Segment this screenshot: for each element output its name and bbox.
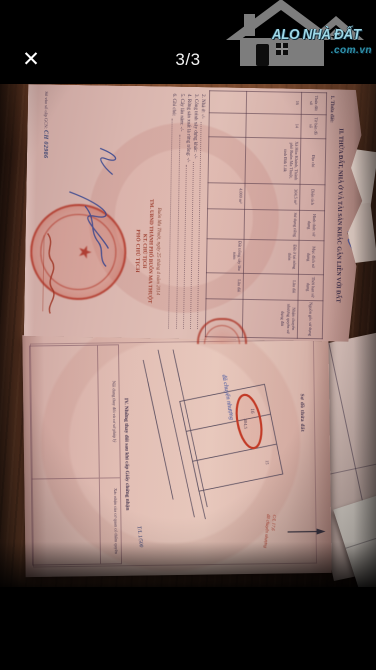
table-header-cell: Nguồn gốc sử dụng [297, 300, 323, 338]
serial-label: Số vào sổ cấp GCN: [43, 91, 49, 129]
parcel-table: Thửa đất sốTờ bản đồ sốĐịa chỉDiện tíchH… [205, 90, 327, 339]
parcel-number-label: 16 [249, 408, 254, 414]
table-cell: 14 [246, 113, 301, 138]
asset-item: 2. Nhà ở: -/- [200, 94, 205, 119]
table-cell: Nhận chuyển nhượng quyền sử dụng đất [242, 299, 298, 338]
image-viewer-screen: ✕ 3/3 ALO NHÀ ĐẤT [0, 0, 376, 670]
asset-item: 6. Ghi chú: [171, 94, 176, 116]
table-header-cell: Thửa đất số [301, 92, 326, 114]
certificate-page-parcel-info: II. THỬA ĐẤT, NHÀ Ở VÀ TÀI SẢN KHÁC GẮN … [24, 84, 364, 342]
sign-date-line: Buôn Ma Thuột, ngày 25 tháng 4 năm 2014 [154, 167, 162, 335]
table-cell [207, 208, 245, 239]
table-cell: Sử dụng riêng [244, 209, 300, 240]
asset-item-list: 2. Nhà ở: -/- 3. Công trình xây dựng khá… [167, 94, 205, 333]
viewer-topbar: ✕ 3/3 ALO NHÀ ĐẤT [0, 0, 376, 84]
table-cell: 304,5 m² [245, 183, 300, 210]
table-cell: Đất trồng cây lâu năm [207, 238, 245, 273]
certificate-page-diagram: Sơ đồ thửa đất [22, 331, 331, 577]
changes-table: Nội dung thay đổi và cơ sở pháp lý Xác n… [29, 344, 122, 565]
table-cell: Đất ở tại nông thôn [244, 239, 300, 274]
serial-value-handwritten: CH 02986 [42, 130, 48, 158]
table-cell: Lâu dài [206, 272, 243, 299]
section-ii-title: II. THỬA ĐẤT, NHÀ Ở VÀ TÀI SẢN KHÁC GẮN … [333, 94, 344, 336]
table-header-cell: Thời hạn sử dụng [298, 274, 323, 300]
asset-item: 5. Cây lâu năm: -/- [178, 94, 184, 132]
handwritten-signature-blue [60, 184, 122, 273]
table-header-cell: Địa chỉ [300, 138, 326, 184]
table-header-cell: Hình thức sử dụng [299, 210, 325, 240]
watermark-logo: ALO NHÀ ĐẤT .com.vn [224, 0, 376, 70]
handwritten-note-blue: đã chuyển nhượng [220, 374, 235, 420]
section-iv-changes: IV. Những thay đổi sau khi cấp Giấy chứn… [29, 344, 131, 565]
watermark-domain-text: .com.vn [331, 45, 372, 56]
table-cell [209, 112, 246, 137]
table-cell [209, 90, 246, 113]
photo-land-certificate[interactable]: Xác nhận của cơ quan có thẩm quyền Sơ đồ… [0, 84, 376, 587]
map-section-label: Sơ đồ thửa đất [299, 394, 306, 432]
table-cell: Xã Hòa Khánh, Thành phố Buôn Ma Thuột, t… [245, 137, 301, 184]
paraph-signature-blue [92, 144, 129, 179]
parcel-area-label: 304,5 [242, 419, 248, 430]
table-row: 4.000 m²Đất trồng cây lâu nămLâu dài [205, 90, 246, 337]
table-row: 1614Xã Hòa Khánh, Thành phố Buôn Ma Thuộ… [242, 91, 301, 338]
signer-name-red-illegible [40, 231, 57, 317]
table-cell [208, 136, 246, 183]
table-header-cell: Tờ bản đồ số [301, 114, 326, 138]
confirm-col-header: Xác nhận của cơ quan có thẩm quyền [99, 479, 121, 564]
table-header-cell: Diện tích [300, 184, 325, 210]
watermark-brand-text: ALO NHÀ ĐẤT [272, 27, 361, 43]
asset-item: 3. Công trình xây dựng khác: -/- [192, 94, 198, 159]
table-cell: 16 [246, 91, 301, 114]
serial-number-line: Số vào sổ cấp GCN: CH 02986 [42, 91, 49, 158]
asset-item: 4. Rừng sản xuất là rừng trồng: -/- [185, 94, 191, 163]
table-cell: 4.000 m² [208, 182, 245, 209]
table-cell: Lâu dài [243, 273, 298, 300]
changes-col-header: Nội dung thay đổi và cơ sở pháp lý [97, 345, 120, 478]
adjacent-parcel-label: 15 [265, 460, 270, 464]
table-header-cell: Mục đích sử dụng [299, 240, 325, 274]
signature-block: Buôn Ma Thuột, ngày 25 tháng 4 năm 2014 … [133, 167, 162, 335]
